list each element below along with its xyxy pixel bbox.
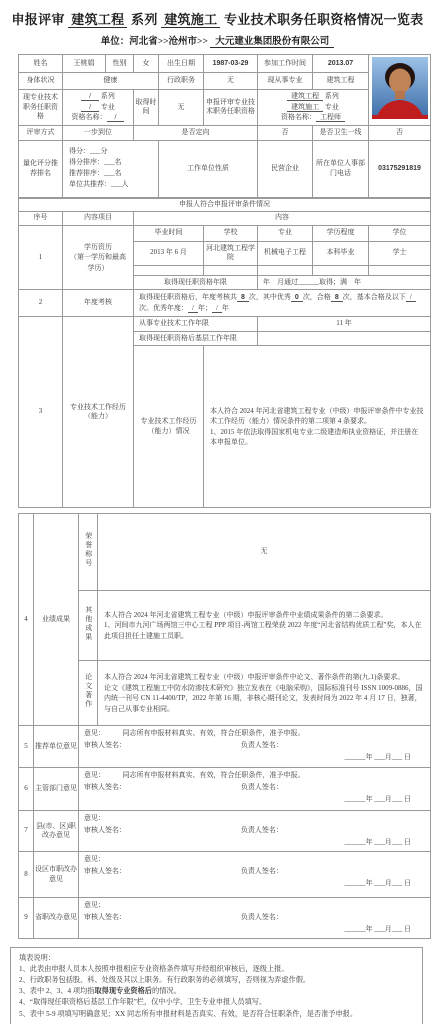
annual-review-excellent: 0: [291, 294, 303, 302]
quant-score-cell: 得分：___分 得分排序：___名 推荐排序：___名 单位共推荐：___人: [63, 140, 159, 197]
edu-header-major: 专业: [258, 225, 313, 241]
acquire-time-value: 无: [159, 90, 204, 126]
edu-school: 河北建筑工程学院: [204, 241, 258, 265]
opinion-row-label: 省职改办意见: [34, 898, 79, 939]
unit-company-underlined: 大元建业集团股份有限公司: [210, 37, 334, 48]
experience-label: 专业技术工作经历（能力）情况: [134, 346, 204, 508]
hr-phone-label: 所在单位人事部门电话: [313, 140, 369, 197]
work-years-label: 从事专业技术工作年限: [134, 317, 258, 332]
unit-nature-label: 工作单位性质: [159, 140, 258, 197]
unit-line: 单位：河北省>>沧州市>> 大元建业集团股份有限公司: [0, 33, 435, 47]
health-label: 身体状况: [19, 73, 63, 90]
annual-review-count: 8: [237, 294, 249, 302]
opinion-row-no: 8: [19, 852, 34, 898]
opinion-row-label: 设区市职改办意见: [34, 852, 79, 898]
col-header-no: 序号: [19, 211, 63, 225]
current-qualification-cell: / 系列 / 专业 资格名称：/: [63, 90, 134, 126]
opinion-row-content: 意见： 同志所有申报材料真实、有效，符合任职条件，准予申报。 审核人签名：负责人…: [79, 768, 431, 811]
current-qualification-label: 现专业技术职务任职资格: [19, 90, 63, 126]
annual-review-year1: /: [188, 304, 198, 313]
experience-text: 本人符合 2024 年河北省建筑工程专业（中级）申报评审条件中专业技术工作经历（…: [204, 346, 431, 508]
edu-empty-cell: [313, 265, 369, 275]
base-years-label: 取得现任职资格后基层工作年限: [134, 331, 258, 346]
admin-duty-label: 行政职务: [159, 73, 204, 90]
title-suffix: 专业技术职务任职资格情况一览表: [224, 12, 424, 27]
edu-empty-cell: [369, 265, 431, 275]
annual-review-cell: 取得现任职资格后，年度考核共8次，其中优秀0次，合格8次，基本合格及以下/次。优…: [134, 290, 431, 317]
edu-header-time: 毕业时间: [134, 225, 204, 241]
col-header-item: 内容项目: [63, 211, 134, 225]
edu-empty-cell: [204, 265, 258, 275]
paper-label-text: 论文著作: [83, 673, 93, 709]
edu-major: 机械电子工程: [258, 241, 313, 265]
annual-review-basic: /: [406, 293, 416, 302]
fill-instruction-item: 3、表中 2、3、4 项均指取得现专业资格后的情况。: [19, 986, 414, 997]
edu-level: 本科毕业: [313, 241, 369, 265]
leader-sign-label: 负责人签名：: [241, 826, 283, 836]
honor-label-text: 荣誉称号: [83, 532, 93, 568]
annual-review-year2: /: [212, 304, 222, 313]
photo-cell: [369, 55, 431, 126]
opinion-row-no: 9: [19, 898, 34, 939]
leader-sign-label: 负责人签名：: [241, 783, 283, 793]
join-value: 2013.07: [313, 55, 369, 73]
opinion-text: 意见： 同志所有申报材料真实、有效，符合任职条件，准予申报。: [84, 729, 425, 739]
other-achievement-label-text: 其他成果: [83, 606, 93, 642]
section1-item: 学历资历 （第一学历和最高学历）: [63, 225, 134, 290]
opinion-date-line: ______年 ___月___ 日: [84, 838, 425, 848]
fill-instruction-item: 2、行政职务包括股、科、处级及其以上职务。有行政职务的必须填写，否则视为弄虚作假…: [19, 975, 414, 986]
other-achievement-text: 本人符合 2024 年河北省建筑工程专业（中级）申报评审条件中业绩成果条件的第二…: [98, 591, 431, 661]
review-mode-value: 一步到位: [63, 125, 134, 140]
frontline-value: 否: [369, 125, 431, 140]
review-mode-label: 评审方式: [19, 125, 63, 140]
profession-value: 建筑工程: [313, 73, 369, 90]
targeted-value: 否: [258, 125, 313, 140]
fill-instruction-item: 4、“取得现任职资格后基层工作年限”栏，仅中小学、卫生专业申报人员填写。: [19, 997, 414, 1008]
birth-label: 出生日期: [159, 55, 204, 73]
opinion-row-label: 县(市、区)职改办意见: [34, 811, 79, 852]
opinion-date-line: ______年 ___月___ 日: [84, 925, 425, 935]
apply-qualname-value: 工程师: [316, 113, 345, 122]
annual-review-text: 次，其中优秀: [249, 293, 291, 301]
reviewer-sign-label: 审核人签名：: [84, 867, 241, 877]
edu-empty-cell: [134, 265, 204, 275]
current-series-value: /: [81, 92, 99, 101]
reviewer-sign-label: 审核人签名：: [84, 913, 241, 923]
fill-instruction-item: 1、此表由申报人员本人按照申报相应专业资格条件填写并经组织审核后，逐级上报。: [19, 964, 414, 975]
work-years-value: 11 年: [258, 317, 431, 332]
admin-duty-value: 无: [204, 73, 258, 90]
qual-years-label: 取得现任职资格年限: [134, 275, 258, 290]
personal-info-table: 姓名 王桃娟 性别 女 出生日期 1987-03-29 参加工作时间 2013.…: [18, 54, 431, 198]
opinion-row-content: 意见： 审核人签名：负责人签名： ______年 ___月___ 日: [79, 898, 431, 939]
honor-label: 荣誉称号: [79, 514, 98, 591]
current-specialty-value: /: [81, 103, 99, 112]
edu-header-school: 学校: [204, 225, 258, 241]
apply-specialty-label: 专业: [325, 103, 339, 111]
section4-no: 4: [19, 514, 34, 726]
apply-specialty-value: 建筑施工: [287, 103, 323, 112]
join-label: 参加工作时间: [258, 55, 313, 73]
quant-score-rank: 得分排序：___名: [64, 158, 157, 168]
opinion-text: 意见： 同志所有申报材料真实、有效，符合任职条件，准予申报。: [84, 771, 425, 781]
edu-header-level: 学历程度: [313, 225, 369, 241]
reviewer-sign-label: 审核人签名：: [84, 783, 241, 793]
name-label: 姓名: [19, 55, 63, 73]
leader-sign-label: 负责人签名：: [241, 867, 283, 877]
apply-qualification-label: 申报评审专业技术职务任职资格: [204, 90, 258, 126]
apply-series-value: 建筑工程: [287, 92, 323, 101]
profession-label: 现从事专业: [258, 73, 313, 90]
edu-header-degree: 学位: [369, 225, 431, 241]
quant-score: 得分：___分: [64, 147, 157, 157]
annual-review-text: 次，合格: [303, 293, 331, 301]
fill-instructions: 填表说明： 1、此表由申报人员本人按照申报相应专业资格条件填写并经组织审核后，逐…: [10, 947, 423, 1024]
gender-value: 女: [134, 55, 159, 73]
edu-empty-cell: [258, 265, 313, 275]
edu-degree: 学士: [369, 241, 431, 265]
note3-post: 的情况。: [152, 987, 181, 995]
section2-item: 年度考核: [63, 290, 134, 317]
note3-bold: 取得现专业资格后: [94, 987, 152, 995]
section3-no: 3: [19, 317, 63, 508]
annual-review-pass: 8: [331, 294, 343, 302]
opinion-row-label: 主管部门意见: [34, 768, 79, 811]
base-years-value: [258, 331, 431, 346]
page-title: 申报评审 建筑工程 系列 建筑施工 专业技术职务任职资格情况一览表: [0, 9, 435, 28]
section1-no: 1: [19, 225, 63, 290]
annual-review-text: 取得现任职资格后，年度考核共: [139, 293, 237, 301]
annual-review-text: 年；: [198, 304, 212, 312]
title-specialty-underlined: 建筑施工: [161, 12, 220, 28]
annual-review-text: 年: [222, 304, 229, 312]
applicant-photo: [372, 57, 428, 119]
frontline-label: 是否卫生一线: [313, 125, 369, 140]
leader-sign-label: 负责人签名：: [241, 913, 283, 923]
opinion-text: 意见：: [84, 855, 425, 865]
name-value: 王桃娟: [63, 55, 106, 73]
hr-phone-value: 03175291819: [369, 140, 431, 197]
reviewer-sign-label: 审核人签名：: [84, 741, 241, 751]
current-qualname-label: 资格名称：: [72, 113, 107, 121]
opinion-text: 意见：: [84, 901, 425, 911]
health-value: 健康: [63, 73, 159, 90]
col-header-content: 内容: [134, 211, 431, 225]
unit-nature-value: 民营企业: [258, 140, 313, 197]
conditions-header: 申报人符合申报评审条件情况: [19, 198, 431, 211]
achievements-opinions-table: 4 业绩成果 荣誉称号 无 其他成果 本人符合 2024 年河北省建筑工程专业（…: [18, 513, 431, 939]
fill-instructions-title: 填表说明：: [19, 953, 414, 964]
title-series-underlined: 建筑工程: [68, 12, 127, 28]
quant-total-recommended: 单位共推荐：___人: [64, 180, 157, 190]
opinion-row-content: 意见： 同志所有申报材料真实、有效，符合任职条件，准予申报。 审核人签名：负责人…: [79, 726, 431, 768]
title-prefix: 申报评审: [12, 12, 65, 27]
conditions-table: 申报人符合申报评审条件情况 序号 内容项目 内容 1 学历资历 （第一学历和最高…: [18, 198, 431, 509]
opinion-text: 意见：: [84, 814, 425, 824]
opinion-row-content: 意见： 审核人签名：负责人签名： ______年 ___月___ 日: [79, 852, 431, 898]
birth-value: 1987-03-29: [204, 55, 258, 73]
edu-time: 2013 年 6 月: [134, 241, 204, 265]
unit-label: 单位：河北省>>沧州市>>: [101, 37, 208, 47]
opinion-date-line: ______年 ___月___ 日: [84, 879, 425, 889]
opinion-row-content: 意见： 审核人签名：负责人签名： ______年 ___月___ 日: [79, 811, 431, 852]
opinion-row-no: 6: [19, 768, 34, 811]
targeted-label: 是否定向: [134, 125, 258, 140]
section4-item: 业绩成果: [34, 514, 79, 726]
paper-text: 本人符合 2024 年河北省建筑工程专业（中级）申报评审条件中论文、著作条件的第…: [98, 661, 431, 726]
apply-qualification-cell: 建筑工程 系列 建筑施工 专业 资格名称：工程师: [258, 90, 369, 126]
opinion-row-no: 7: [19, 811, 34, 852]
gender-label: 性别: [106, 55, 134, 73]
opinion-row-label: 推荐单位意见: [34, 726, 79, 768]
section3-item: 专业技术工作经历（能力）: [63, 317, 134, 508]
current-specialty-label: 专业: [101, 103, 115, 111]
apply-qualname-label: 资格名称：: [281, 113, 316, 121]
opinion-row-no: 5: [19, 726, 34, 768]
quant-score-label: 量化评分推荐排名: [19, 140, 63, 197]
current-series-label: 系列: [101, 92, 115, 100]
opinion-date-line: ______年 ___月___ 日: [84, 753, 425, 763]
honor-value: 无: [98, 514, 431, 591]
opinion-date-line: ______年 ___月___ 日: [84, 795, 425, 805]
section2-no: 2: [19, 290, 63, 317]
note3-pre: 3、表中 2、3、4 项均指: [19, 987, 94, 995]
form-page: 申报评审 建筑工程 系列 建筑施工 专业技术职务任职资格情况一览表 单位：河北省…: [0, 0, 435, 1024]
qual-years-value: 年 月通过______取得；满 年: [258, 275, 431, 290]
apply-series-label: 系列: [325, 92, 339, 100]
paper-label: 论文著作: [79, 661, 98, 726]
current-qualname-value: /: [107, 113, 125, 122]
quant-recommend-rank: 推荐排序：___名: [64, 169, 157, 179]
other-achievement-label: 其他成果: [79, 591, 98, 661]
annual-review-text: 次。优秀年度：: [139, 304, 188, 312]
title-mid: 系列: [131, 12, 158, 27]
annual-review-text: 次，基本合格及以下: [343, 293, 406, 301]
reviewer-sign-label: 审核人签名：: [84, 826, 241, 836]
acquire-time-label: 取得时间: [134, 90, 159, 126]
leader-sign-label: 负责人签名：: [241, 741, 283, 751]
fill-instruction-item: 5、表中 5-9 项填写明确意见；XX 同志所有申报材料是否真实、有效，是否符合…: [19, 1009, 414, 1020]
